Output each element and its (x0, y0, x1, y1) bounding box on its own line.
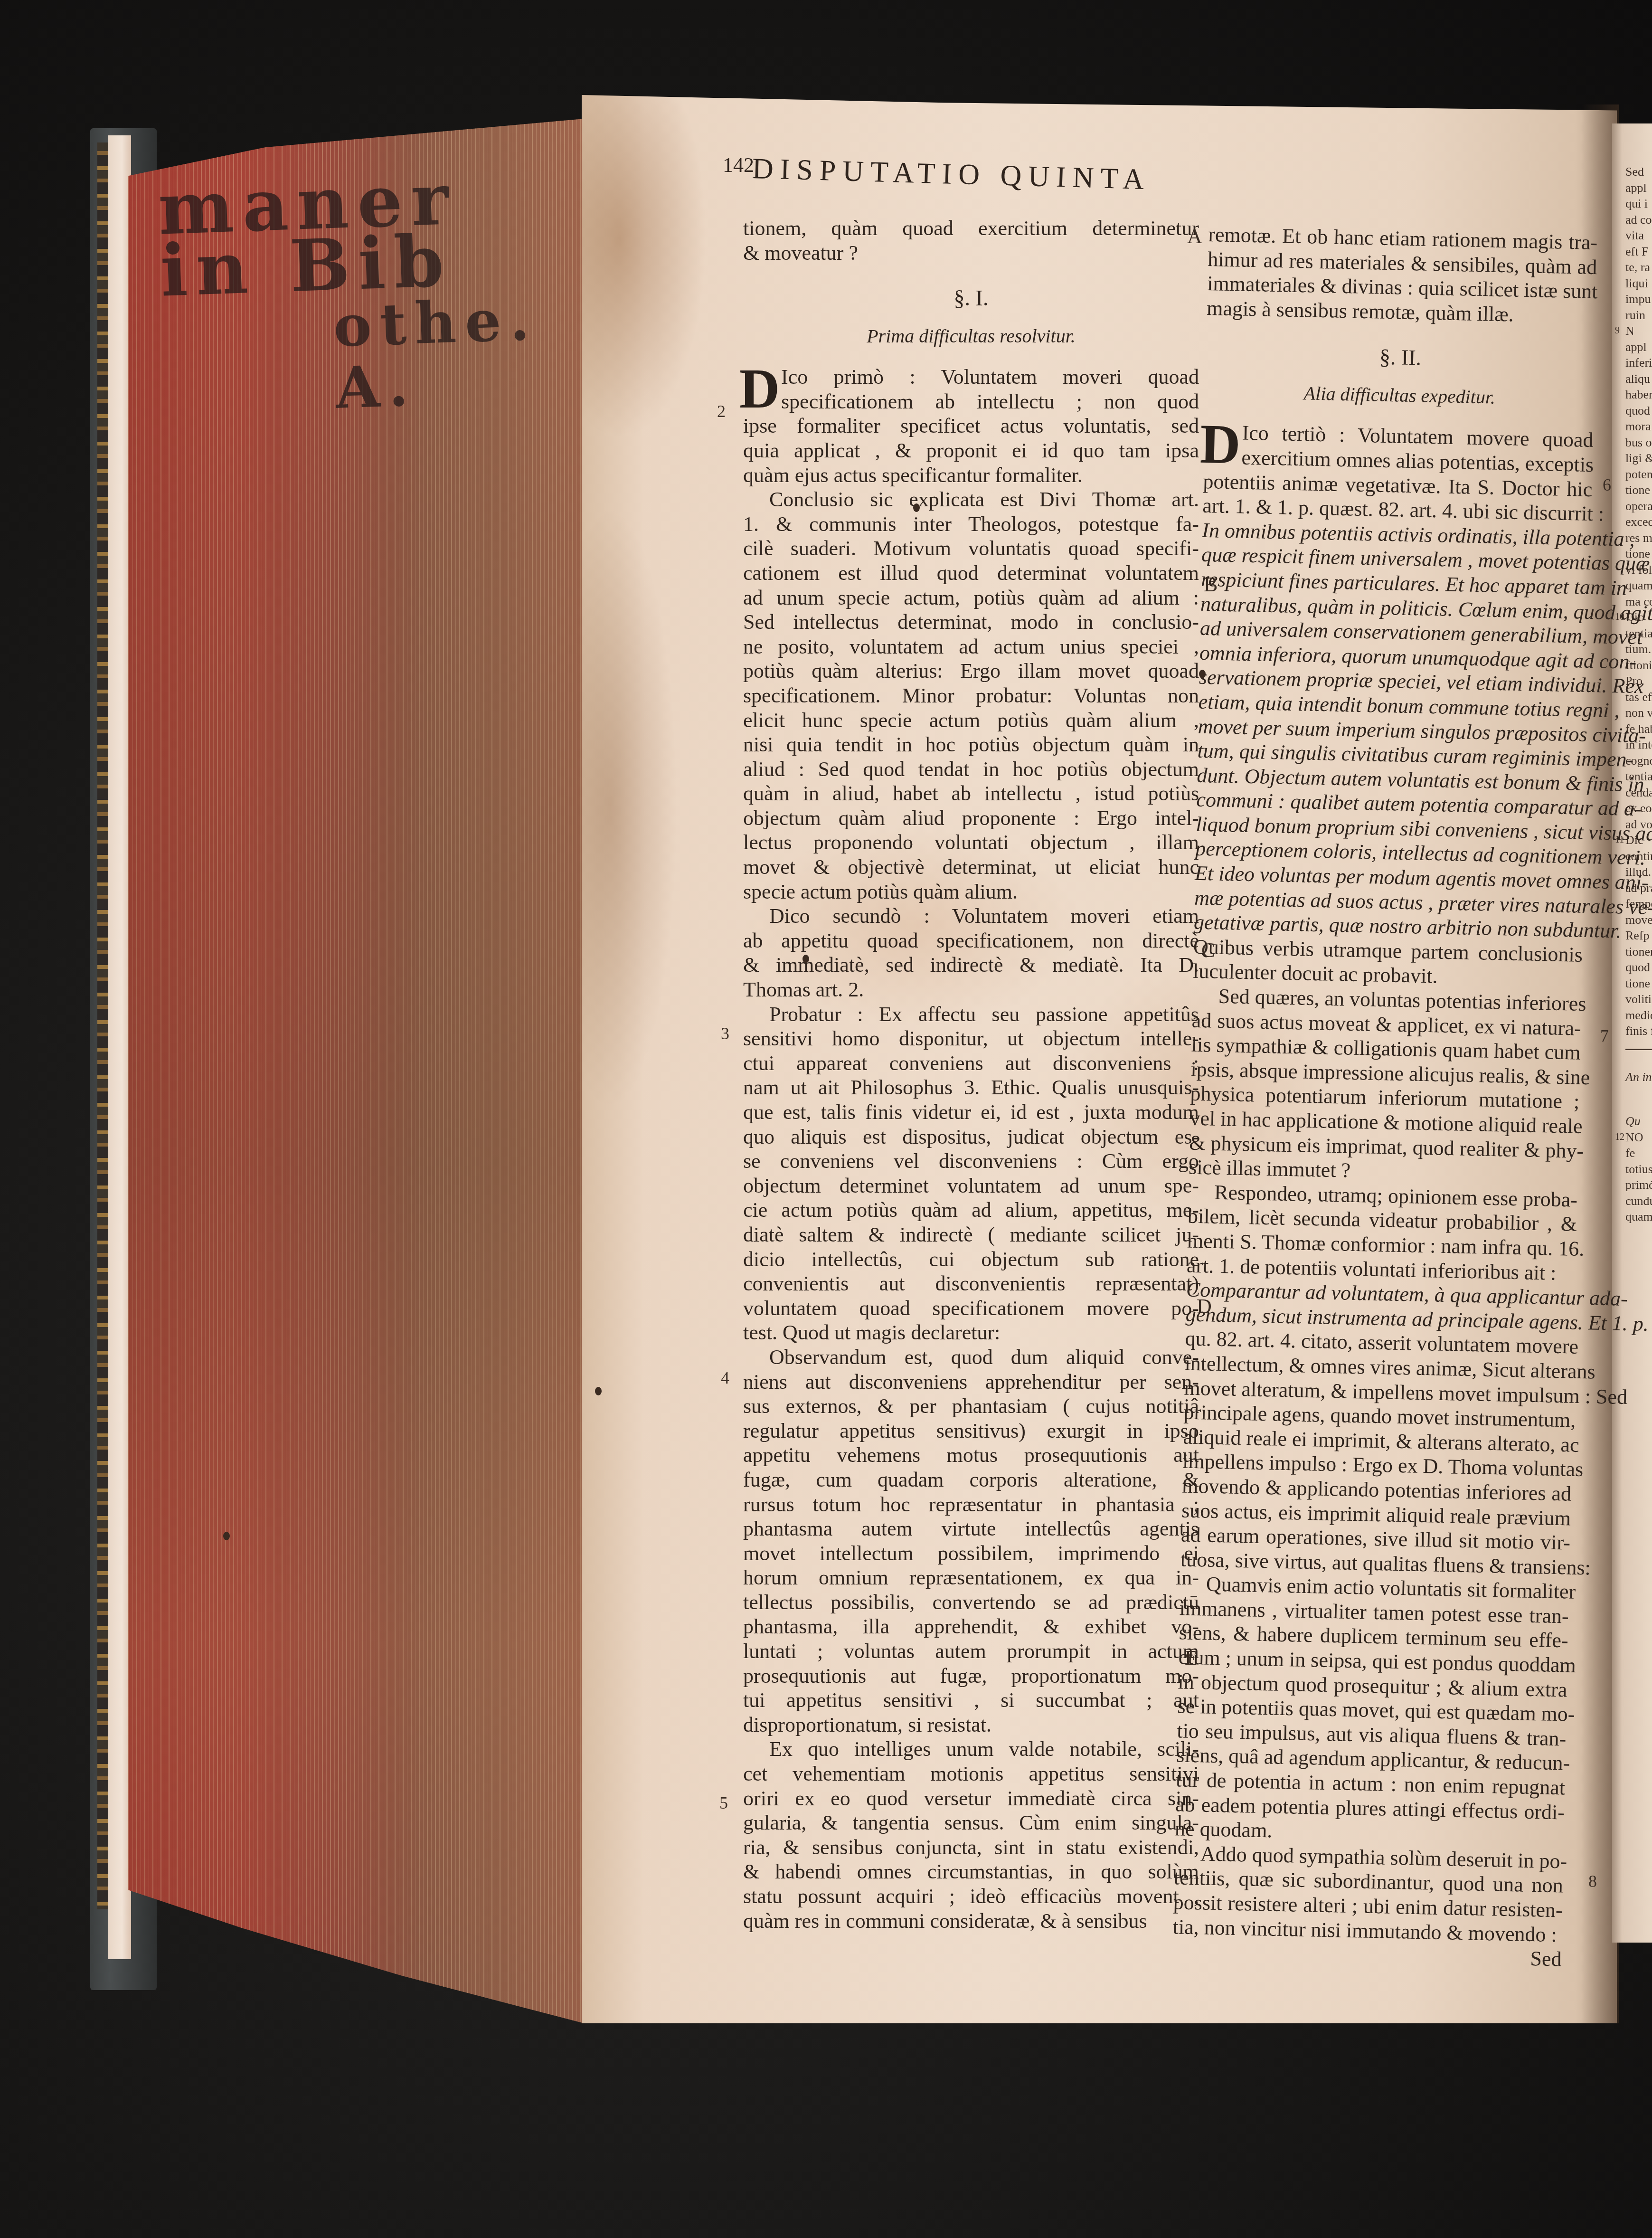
text-line: phantasma, illa apprehendit, & exhibet v… (743, 1614, 1199, 1639)
text-line: tellectus possibilis, convertendo se ad … (743, 1590, 1199, 1615)
text-line: quia applicat , & proponit ei id quo tam… (743, 438, 1199, 463)
page-number: 142 (723, 153, 754, 177)
text-line: objectum quàm aliud proponente : Ergo in… (743, 806, 1199, 831)
text-line: specificationem ab intellectu ; non quod (743, 389, 1199, 414)
text-line: sensitivi homo disponitur, ut objectum i… (743, 1026, 1199, 1051)
facing-text-line: impu (1625, 291, 1652, 307)
paragraph: D Ico primò : Voluntatem moveri quoadspe… (743, 365, 1199, 1002)
text-line: dicio intellectûs, cui objectum sub rati… (743, 1247, 1199, 1272)
text-line: quàm ejus actus specificantur formaliter… (743, 463, 1199, 488)
text-line: movet intellectum possibilem, imprimendo… (743, 1541, 1199, 1566)
text-line: phantasma autem virtute intellectûs agen… (743, 1517, 1199, 1541)
text-line: luntati ; voluntas autem prorumpit in ac… (743, 1639, 1199, 1664)
facing-text-line: eft F (1625, 244, 1652, 260)
section-mark: §. I. (743, 265, 1199, 317)
facing-text-line: bus o (1625, 435, 1652, 451)
text-line: se conveniens vel disconveniens : Cùm er… (743, 1149, 1199, 1174)
text-line: aliud : Sed quod tendat in hoc potiùs ob… (743, 757, 1199, 782)
facing-text-line: te, ra (1625, 259, 1652, 275)
facing-text-line: appl (1625, 180, 1652, 196)
text-line: Sed intellectus determinat, modo in conc… (743, 610, 1199, 635)
text-line: objectum determinet voluntatem ad unum s… (743, 1174, 1199, 1198)
text-line: Conclusio sic explicata est Divi Thomæ a… (743, 487, 1199, 512)
paragraph-number: 5 (719, 1793, 728, 1813)
facing-text-line: aliqu (1625, 371, 1652, 387)
text-line: statu possunt acquiri ; ideò efficaciùs … (743, 1884, 1199, 1909)
text-line: convenientis aut disconvenientis repræse… (743, 1271, 1199, 1296)
text-line: ab appetitu quoad specificationem, non d… (743, 929, 1199, 953)
text-line: quàm res in communi consideratæ, & à sen… (743, 1909, 1199, 1934)
text-line: diatè saltem & indirectè ( mediante scil… (743, 1223, 1199, 1247)
worm-hole (802, 955, 809, 963)
facing-text-line: appl (1625, 339, 1652, 355)
paragraph-lines: Ico tertiò : Voluntatem movere quoadexer… (1202, 420, 1594, 526)
fore-edge-inscription-line1: maner in Bib (157, 157, 458, 313)
text-line: ne posito, voluntatem ad actum unius spe… (743, 635, 1199, 659)
worm-hole (223, 1532, 230, 1540)
text-line: & moveatur ? (743, 241, 1199, 266)
text-line: ctui appareat conveniens aut disconvenie… (743, 1051, 1199, 1076)
drop-cap: D (1199, 419, 1241, 470)
section-letter: C (1201, 938, 1215, 962)
facing-text-line: finis fe (1625, 1023, 1652, 1039)
text-line: ad unum specie actum, potiùs quàm ad ali… (743, 586, 1199, 610)
fore-edge-inscription: maner in Bib othe. A. (157, 163, 593, 425)
fore-edge-inscription-line2: othe. A. (332, 287, 593, 419)
facing-text-line: mora (1625, 418, 1652, 435)
section-mark: §. II. (1205, 320, 1595, 380)
paragraph: Ex quo intelliges unum valde notabile, s… (743, 1737, 1199, 1933)
paragraph-number: 2 (717, 401, 726, 421)
facing-text-line: quam r (1625, 1209, 1652, 1225)
text-line: movet & objectivè determinat, ut eliciat… (743, 855, 1199, 880)
text-line: Observandum est, quod dum aliquid conve- (743, 1345, 1199, 1370)
section-letter: D (1197, 1294, 1212, 1318)
facing-text-line: medio (1625, 1007, 1652, 1024)
text-line: quàm in aliud, habet ab intellectu , ist… (743, 781, 1199, 806)
text-line: que est, talis finis videtur ei, id est … (743, 1100, 1199, 1125)
facing-text-line: tionem (1625, 944, 1652, 960)
paragraph: D Ico tertiò : Voluntatem movere quoadex… (1202, 420, 1594, 526)
text-line: nam ut ait Philosophus 3. Ethic. Qualis … (743, 1075, 1199, 1100)
facing-text-line: N (1625, 323, 1652, 339)
paragraph: Probatur : Ex affectu seu passione appet… (743, 1002, 1199, 1345)
section-letter: B (1204, 572, 1218, 597)
section-title: Alia difficultas expeditur. (1204, 372, 1595, 428)
facing-text-line: poten (1625, 466, 1652, 483)
facing-text-line: tione (1625, 482, 1652, 498)
right-column: remotæ. Et ob hanc etiam rationem magis … (1172, 222, 1598, 1972)
paragraph: Observandum est, quod dum aliquid conve-… (743, 1345, 1199, 1737)
facing-text-line: qui i (1625, 196, 1652, 212)
text-line: cet vehementiam motionis appetitus sensi… (743, 1762, 1199, 1786)
text-line: Dico secundò : Voluntatem moveri etiam (743, 904, 1199, 929)
paragraph-number: 7 (1600, 1026, 1609, 1046)
text-line: Probatur : Ex affectu seu passione appet… (743, 1002, 1199, 1027)
facing-text-line: volitio (1625, 991, 1652, 1007)
text-line: cilè suaderi. Motivum voluntatis quoad s… (743, 536, 1199, 561)
text-line: specificationem. Minor probatur: Volunta… (743, 683, 1199, 708)
paragraph-lines: Ico primò : Voluntatem moveri quoadspeci… (743, 365, 1199, 1002)
text-line: cationem est illud quod determinat volun… (743, 561, 1199, 586)
paragraph-number: 9 (1615, 323, 1620, 339)
paragraph-number: 12 (1615, 1129, 1624, 1146)
worm-hole (913, 503, 920, 512)
paragraph: qu. 82. art. 4. citato, asserit voluntat… (1175, 1327, 1575, 1849)
text-line: fugæ, cum quadam corporis alteratione, & (743, 1468, 1199, 1492)
facing-text-line: Sed (1625, 164, 1652, 180)
section-letter: E (1185, 1646, 1198, 1670)
text-line: oriri ex eo quod versetur immediatè circ… (743, 1786, 1199, 1811)
section-letter: A (1187, 224, 1202, 248)
endpaper (108, 135, 131, 1959)
section-title: Prima difficultas resolvitur. (743, 317, 1199, 365)
facing-text-line: non ve (1625, 705, 1652, 721)
text-line: lectus proponendo voluntati objectum , i… (743, 830, 1199, 855)
text-line: regulatur appetitus sensitivus) exurgit … (743, 1419, 1199, 1443)
text-line: voluntatem quoad specificationem movere … (743, 1296, 1199, 1321)
text-line: & immediatè, sed indirectè & mediatè. It… (743, 953, 1199, 977)
paragraph-number: 8 (1588, 1871, 1597, 1891)
facing-text-line: ligi & (1625, 450, 1652, 466)
paragraph: Addo quod sympathia solùm deseruit in po… (1172, 1841, 1564, 1947)
text-line: sus externos, & per phantasiam ( cujus n… (743, 1394, 1199, 1419)
text-line: nisi quia tendit in hoc potiùs objectum … (743, 732, 1199, 757)
text-line: gularia, & tangentia sensus. Cùm enim si… (743, 1811, 1199, 1835)
text-line: ipse formaliter specificet actus volunta… (743, 414, 1199, 438)
quotation: In omnibus potentiis activis ordinatis, … (1194, 518, 1592, 943)
divider (1625, 1049, 1652, 1050)
facing-text-line: fe (1625, 1145, 1652, 1161)
worm-hole (595, 1387, 602, 1395)
facing-text-line: ad co (1625, 212, 1652, 228)
facing-text-line: quod (1625, 403, 1652, 419)
drop-cap: D (739, 364, 780, 414)
facing-text-line: quod v (1625, 959, 1652, 976)
text-line: test. Quod ut magis declaretur: (743, 1320, 1199, 1345)
facing-text-line: An in (1625, 1069, 1652, 1085)
paragraph: remotæ. Et ob hanc etiam rationem magis … (1207, 222, 1598, 329)
paragraph: Quibus verbis utramque partem conclusion… (1192, 935, 1583, 992)
text-line: appetitu vehemens motus prosequutionis a… (743, 1443, 1199, 1468)
facing-text-line: ruin (1625, 307, 1652, 323)
text-line: 1. & communis inter Theologos, potestque… (743, 512, 1199, 537)
facing-text-line: vita (1625, 228, 1652, 244)
paragraph-number: 6 (1603, 475, 1611, 495)
facing-text-line: Refp (1625, 928, 1652, 944)
text-line: niens aut disconveniens apprehenditur pe… (743, 1370, 1199, 1394)
facing-text-line: tione n (1625, 976, 1652, 992)
worm-hole (1199, 670, 1206, 678)
text-line: specie actum potiùs quàm alium. (743, 880, 1199, 904)
facing-text-line: opera (1625, 498, 1652, 514)
text-line: Ex quo intelliges unum valde notabile, s… (743, 1737, 1199, 1762)
text-line: elicit hunc specie actum potiùs quàm ali… (743, 708, 1199, 733)
text-line: tui appetitus sensitivi , si succumbat ;… (743, 1688, 1199, 1713)
quotation: Comparantur ad voluntatem, à qua applica… (1185, 1278, 1576, 1335)
paragraph-number: 3 (721, 1024, 729, 1043)
paragraph: Sed quæres, an voluntas potentias inferi… (1186, 984, 1582, 1286)
facing-text-line: haben (1625, 387, 1652, 403)
facing-text-line: cundur (1625, 1193, 1652, 1209)
facing-text-line: inferi (1625, 355, 1652, 371)
text-line: potiùs quàm alterius: Ergo illam movet q… (743, 659, 1199, 683)
text-line: & habendi omnes circumstantias, in quo s… (743, 1859, 1199, 1884)
text-line: ria, & sensibus conjuncta, sint in statu… (743, 1835, 1199, 1860)
paragraph-number: 4 (721, 1368, 729, 1388)
facing-text-line: liqui (1625, 275, 1652, 292)
facing-text-line: primò p (1625, 1177, 1652, 1193)
text-line: prosequutionis aut fugæ, proportionatum … (743, 1664, 1199, 1688)
facing-page-sliver: Sedapplqui iad covitaeft Fte, raliquiimp… (1612, 123, 1652, 1943)
text-line: disproportionatum, si resistat. (743, 1713, 1199, 1737)
text-line: Ico primò : Voluntatem moveri quoad (743, 365, 1199, 389)
facing-text-line: Qu (1625, 1113, 1652, 1129)
text-line: rursus totum hoc repræsentatur in phanta… (743, 1492, 1199, 1517)
facing-text-line: totius (1625, 1161, 1652, 1177)
facing-text-line: quam (1625, 578, 1652, 594)
text-line: Thomas art. 2. (743, 977, 1199, 1002)
text-line: tionem, quàm quoad exercitium determinet… (743, 216, 1199, 241)
text-line: cie actum potiùs quàm ad alium, appetitu… (743, 1198, 1199, 1223)
text-line: quo aliquis est dispositus, judicat obje… (743, 1125, 1199, 1149)
left-column: tionem, quàm quoad exercitium determinet… (743, 216, 1199, 1933)
text-line: horum omnium repræsentationem, ex qua in… (743, 1565, 1199, 1590)
facing-text-line: NO (1625, 1129, 1652, 1146)
